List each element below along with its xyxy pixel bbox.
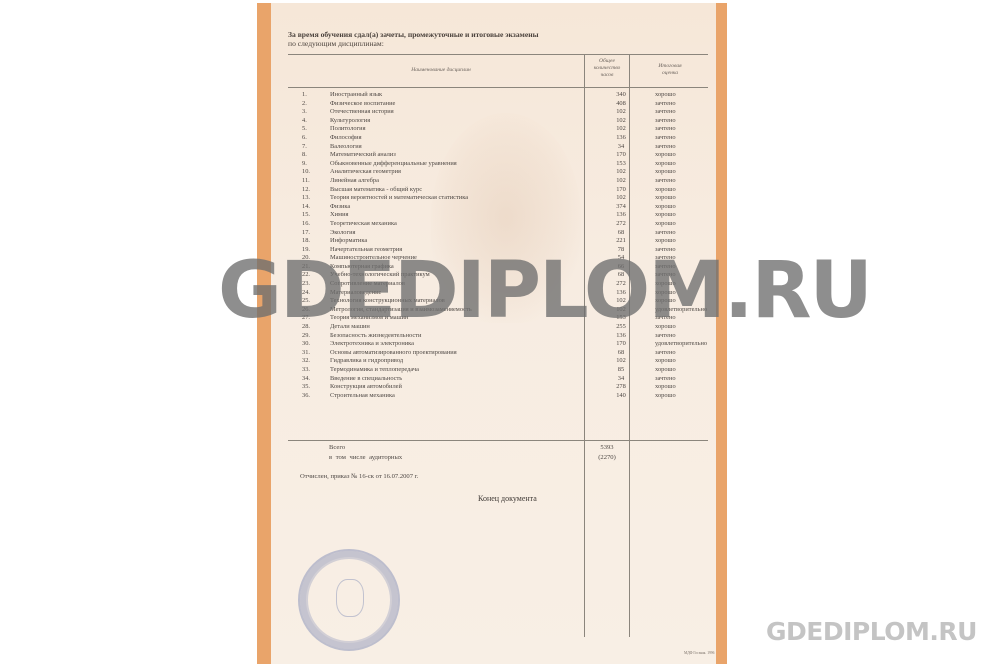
subject-grade: зачтено	[655, 125, 676, 134]
table-row: 15.Химия136хорошо	[285, 211, 725, 220]
subject-hours: 102	[601, 117, 641, 126]
subject-number: 3.	[302, 108, 307, 117]
watermark-corner: GDEDIPLOM.RU	[766, 617, 977, 646]
intro-line-1: За время обучения сдал(а) зачеты, промеж…	[288, 30, 618, 39]
subject-name: Информатика	[330, 237, 367, 246]
subject-number: 16.	[302, 220, 310, 229]
subject-name: Основы автоматизированного проектировани…	[330, 349, 457, 358]
table-row: 18.Информатика221хорошо	[285, 237, 725, 246]
subject-grade: хорошо	[655, 194, 676, 203]
subject-hours: 278	[601, 383, 641, 392]
subject-hours: 408	[601, 100, 641, 109]
subject-number: 34.	[302, 375, 310, 384]
table-header-rule	[288, 87, 708, 88]
subject-hours: 153	[601, 160, 641, 169]
table-row: 13.Теория вероятностей и математическая …	[285, 194, 725, 203]
subject-grade: удовлетворительно	[655, 340, 707, 349]
table-row: 2.Физическое воспитание408зачтено	[285, 100, 725, 109]
header-grade: Итоговая оценка	[630, 63, 710, 77]
subject-name: Физическое воспитание	[330, 100, 395, 109]
subject-hours: 102	[601, 177, 641, 186]
table-row: 6.Философия136зачтено	[285, 134, 725, 143]
subject-number: 4.	[302, 117, 307, 126]
intro-text: За время обучения сдал(а) зачеты, промеж…	[288, 30, 618, 48]
subject-hours: 136	[601, 134, 641, 143]
table-row: 34.Введение в специальность34зачтено	[285, 375, 725, 384]
subject-number: 7.	[302, 143, 307, 152]
subject-hours: 170	[601, 151, 641, 160]
subject-number: 5.	[302, 125, 307, 134]
table-row: 12.Высшая математика - общий курс170хоро…	[285, 186, 725, 195]
subject-grade: зачтено	[655, 100, 676, 109]
table-row: 31.Основы автоматизированного проектиров…	[285, 349, 725, 358]
subject-hours: 170	[601, 186, 641, 195]
subject-number: 10.	[302, 168, 310, 177]
subject-hours: 102	[601, 108, 641, 117]
subject-number: 2.	[302, 100, 307, 109]
subject-name: Химия	[330, 211, 348, 220]
subject-number: 32.	[302, 357, 310, 366]
intro-line-2: по следующим дисциплинам:	[288, 39, 618, 48]
subject-hours: 102	[601, 168, 641, 177]
subject-number: 1.	[302, 91, 307, 100]
subject-hours: 140	[601, 392, 641, 401]
table-top-rule	[288, 54, 708, 55]
subject-hours: 102	[601, 357, 641, 366]
subject-number: 35.	[302, 383, 310, 392]
subject-name: Линейная алгебра	[330, 177, 379, 186]
subject-name: Теоретическая механика	[330, 220, 397, 229]
subject-hours: 102	[601, 125, 641, 134]
table-row: 36.Строительная механика140хорошо	[285, 392, 725, 401]
subject-hours: 136	[601, 211, 641, 220]
subject-name: Отечественная история	[330, 108, 394, 117]
subject-grade: зачтено	[655, 134, 676, 143]
subject-hours: 221	[601, 237, 641, 246]
table-row: 30.Электротехника и электроника170удовле…	[285, 340, 725, 349]
table-row: 5.Политология102зачтено	[285, 125, 725, 134]
subject-hours: 102	[601, 194, 641, 203]
total-label: Всего	[329, 443, 345, 452]
subject-grade: хорошо	[655, 357, 676, 366]
subject-number: 18.	[302, 237, 310, 246]
subject-number: 36.	[302, 392, 310, 401]
subject-name: Экология	[330, 229, 355, 238]
subject-number: 9.	[302, 160, 307, 169]
subject-number: 17.	[302, 229, 310, 238]
subject-name: Математический анализ	[330, 151, 396, 160]
subject-grade: зачтено	[655, 108, 676, 117]
watermark-overlay: GDEDIPLOM.RU	[218, 251, 871, 331]
subject-grade: хорошо	[655, 211, 676, 220]
subject-hours: 68	[601, 229, 641, 238]
table-row: 8.Математический анализ170хорошо	[285, 151, 725, 160]
subject-grade: зачтено	[655, 229, 676, 238]
table-row: 17.Экология68зачтено	[285, 229, 725, 238]
subject-grade: зачтено	[655, 143, 676, 152]
subject-name: Валеология	[330, 143, 362, 152]
subject-grade: хорошо	[655, 151, 676, 160]
total-hours: 5393	[585, 443, 629, 452]
subject-name: Высшая математика - общий курс	[330, 186, 422, 195]
subject-name: Культурология	[330, 117, 370, 126]
subject-hours: 34	[601, 375, 641, 384]
subject-grade: зачтено	[655, 177, 676, 186]
subject-number: 8.	[302, 151, 307, 160]
subject-grade: хорошо	[655, 186, 676, 195]
subject-grade: зачтено	[655, 117, 676, 126]
subject-grade: хорошо	[655, 168, 676, 177]
subject-grade: хорошо	[655, 383, 676, 392]
table-row: 11.Линейная алгебра102зачтено	[285, 177, 725, 186]
subject-grade: хорошо	[655, 366, 676, 375]
subject-hours: 170	[601, 340, 641, 349]
classroom-hours: (2270)	[585, 453, 629, 462]
subject-name: Термодинамика и теплопередача	[330, 366, 419, 375]
table-bottom-rule	[288, 440, 708, 441]
subject-name: Философия	[330, 134, 362, 143]
subject-name: Электротехника и электроника	[330, 340, 414, 349]
printer-mark: МДФ Госзнак. 1996	[684, 651, 714, 655]
table-row: 35.Конструкция автомобилей278хорошо	[285, 383, 725, 392]
subject-number: 30.	[302, 340, 310, 349]
subject-grade: зачтено	[655, 375, 676, 384]
subject-name: Строительная механика	[330, 392, 395, 401]
subject-name: Иностранный язык	[330, 91, 382, 100]
subject-hours: 34	[601, 143, 641, 152]
subject-grade: хорошо	[655, 91, 676, 100]
subject-number: 14.	[302, 203, 310, 212]
subject-hours: 272	[601, 220, 641, 229]
seal-emblem-icon	[336, 579, 364, 617]
subject-name: Аналитическая геометрия	[330, 168, 401, 177]
subject-grade: хорошо	[655, 220, 676, 229]
table-row: 10.Аналитическая геометрия102хорошо	[285, 168, 725, 177]
table-row: 4.Культурология102зачтено	[285, 117, 725, 126]
subject-number: 11.	[302, 177, 310, 186]
table-row: 3.Отечественная история102зачтено	[285, 108, 725, 117]
subject-grade: зачтено	[655, 349, 676, 358]
table-row: 16.Теоретическая механика272хорошо	[285, 220, 725, 229]
subject-name: Обыкновенные дифференциальные уравнения	[330, 160, 457, 169]
subject-name: Политология	[330, 125, 366, 134]
subject-name: Гидравлика и гидропривод	[330, 357, 403, 366]
subject-number: 31.	[302, 349, 310, 358]
official-seal-stamp	[298, 549, 400, 651]
subject-name: Теория вероятностей и математическая ста…	[330, 194, 468, 203]
subject-hours: 374	[601, 203, 641, 212]
header-hours: Общее количество часов	[585, 58, 629, 79]
expulsion-order-note: Отчислен, приказ № 16-ск от 16.07.2007 г…	[300, 473, 418, 480]
table-row: 33.Термодинамика и теплопередача85хорошо	[285, 366, 725, 375]
subject-number: 6.	[302, 134, 307, 143]
subject-grade: хорошо	[655, 392, 676, 401]
subject-name: Введение в специальность	[330, 375, 402, 384]
header-discipline: Наименование дисциплин	[331, 67, 551, 74]
subject-hours: 68	[601, 349, 641, 358]
subject-hours: 340	[601, 91, 641, 100]
subject-grade: хорошо	[655, 203, 676, 212]
end-of-document: Конец документа	[478, 494, 537, 503]
table-row: 32.Гидравлика и гидропривод102хорошо	[285, 357, 725, 366]
classroom-label: в том числе аудиторных	[329, 453, 402, 462]
table-row: 7.Валеология34зачтено	[285, 143, 725, 152]
subject-grade: хорошо	[655, 237, 676, 246]
table-row: 14.Физика374хорошо	[285, 203, 725, 212]
table-row: 1.Иностранный язык340хорошо	[285, 91, 725, 100]
subject-name: Конструкция автомобилей	[330, 383, 402, 392]
subject-hours: 85	[601, 366, 641, 375]
subject-number: 13.	[302, 194, 310, 203]
subject-number: 33.	[302, 366, 310, 375]
subject-number: 15.	[302, 211, 310, 220]
subject-grade: хорошо	[655, 160, 676, 169]
subject-number: 12.	[302, 186, 310, 195]
subject-name: Физика	[330, 203, 350, 212]
table-row: 9.Обыкновенные дифференциальные уравнени…	[285, 160, 725, 169]
